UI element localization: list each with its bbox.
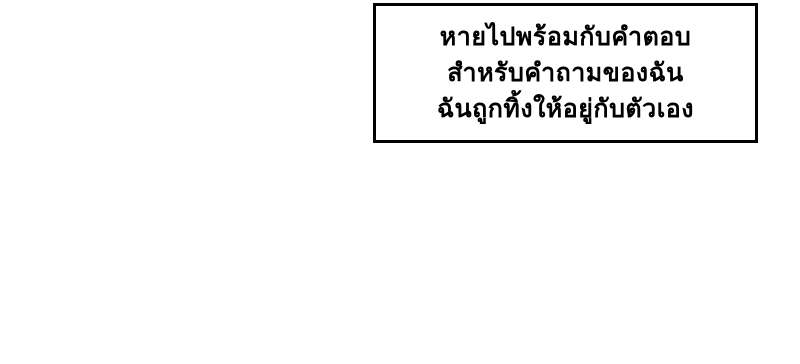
caption-line-1: หายไปพร้อมกับคำตอบ — [440, 19, 691, 55]
caption-box: หายไปพร้อมกับคำตอบ สำหรับคำถามของฉัน ฉัน… — [373, 3, 758, 143]
comic-panel: หายไปพร้อมกับคำตอบ สำหรับคำถามของฉัน ฉัน… — [0, 0, 800, 364]
caption-line-2: สำหรับคำถามของฉัน — [447, 55, 683, 91]
caption-line-3: ฉันถูกทิ้งให้อยู่กับตัวเอง — [437, 91, 694, 127]
